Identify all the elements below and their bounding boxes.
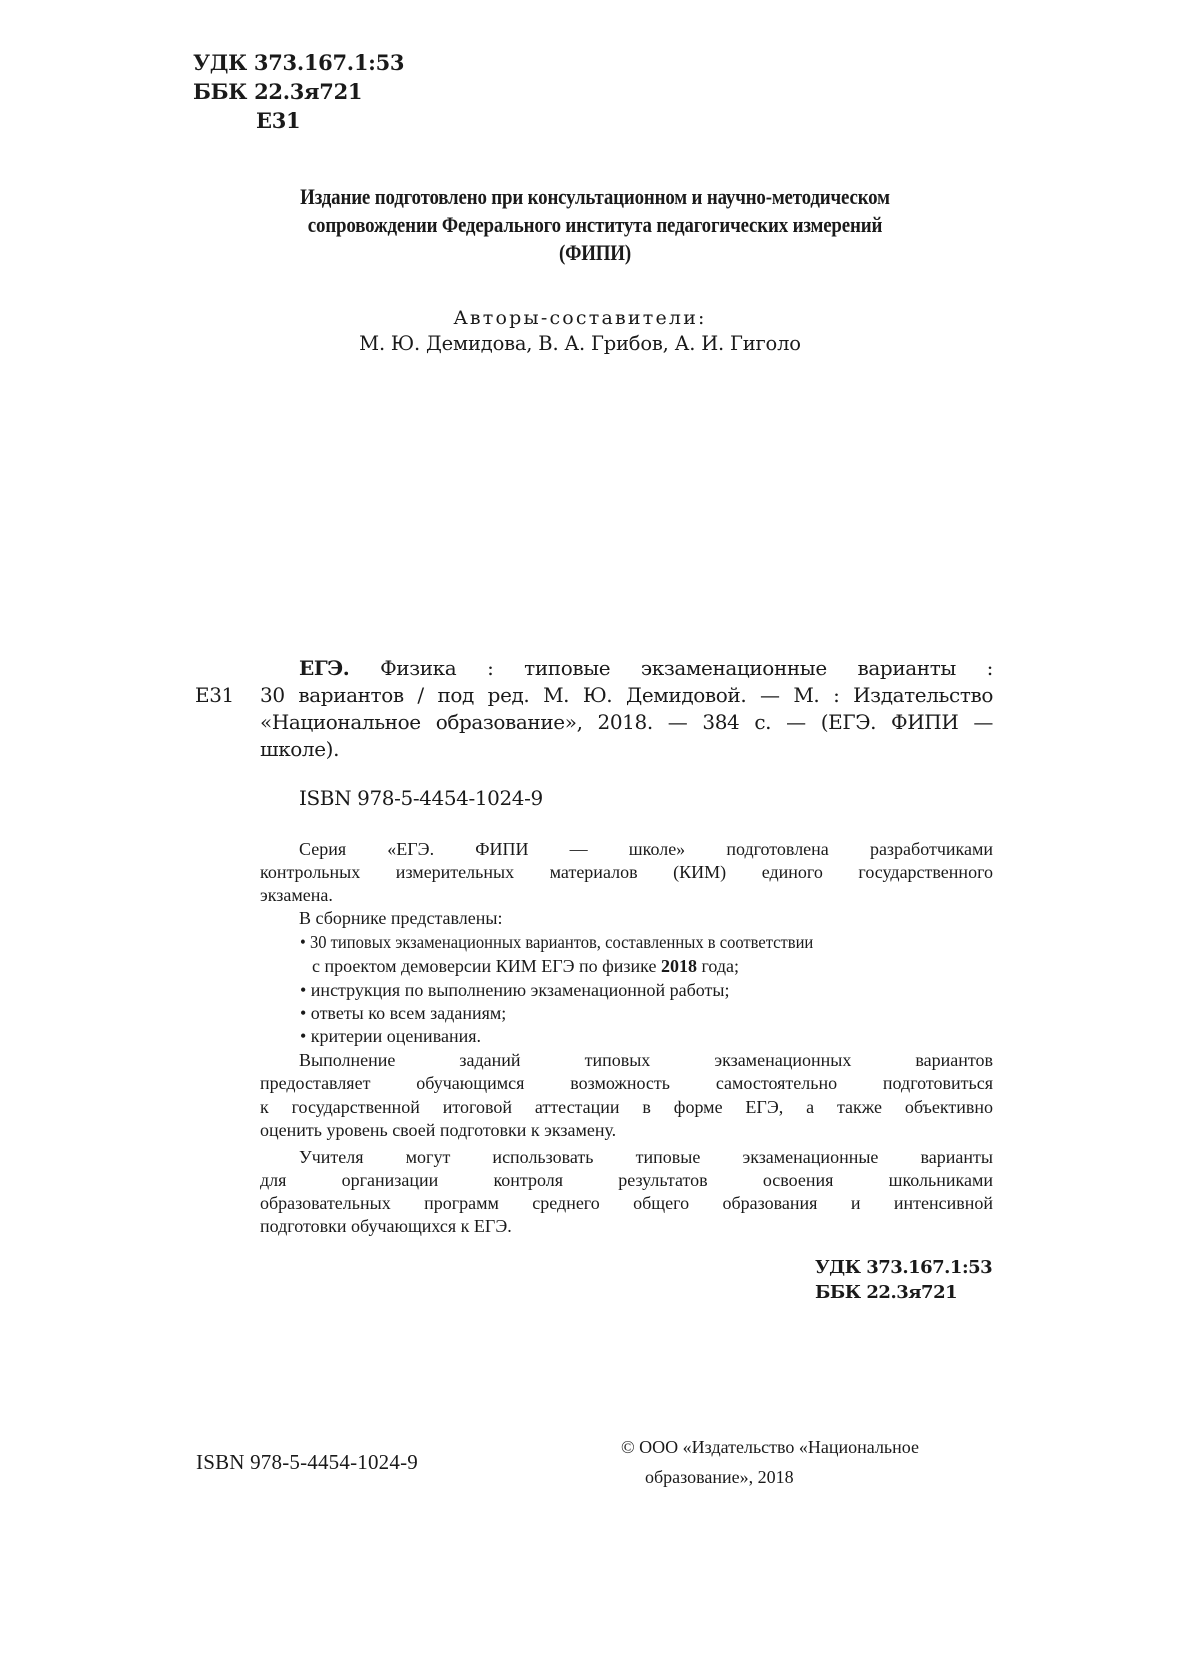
card-line: 30 вариантов / под ред. М. Ю. Демидовой.…	[260, 682, 993, 709]
card-title-rest: Физика : типовые экзаменационные вариант…	[349, 656, 993, 680]
copyright-line: © ООО «Издательство «Национальное	[621, 1432, 919, 1462]
card-title-bold: ЕГЭ.	[299, 656, 349, 680]
notice-line: сопровождении Федерального института пед…	[247, 211, 944, 239]
annotation-line: для организации контроля результатов осв…	[260, 1169, 993, 1192]
annotation-line: оценить уровень своей подготовки к экзам…	[260, 1119, 993, 1142]
annotation-line: образовательных программ среднего общего…	[260, 1192, 993, 1215]
bbk-code: ББК 22.3я721	[193, 77, 362, 106]
annotation-line: экзамена.	[260, 884, 993, 907]
bbk-code-bottom: ББК 22.3я721	[815, 1280, 957, 1305]
annotation-line: В сборнике представлены:	[299, 907, 993, 930]
annotation-line: предоставляет обучающимся возможность са…	[260, 1072, 993, 1095]
footer-isbn: ISBN 978-5-4454-1024-9	[196, 1450, 418, 1475]
publication-notice: Издание подготовлено при консультационно…	[247, 183, 944, 267]
annotation-line: подготовки обучающихся к ЕГЭ.	[260, 1215, 993, 1238]
annotation-line: Серия «ЕГЭ. ФИПИ — школе» подготовлена р…	[299, 838, 993, 861]
bullet-item: • ответы ко всем заданиям;	[300, 1002, 993, 1025]
annotation-line: контрольных измерительных материалов (КИ…	[260, 861, 993, 884]
annotation-line: Учителя могут использовать типовые экзам…	[299, 1146, 993, 1169]
authors-label: Авторы-составители:	[330, 305, 830, 331]
copyright-line: образование», 2018	[645, 1462, 794, 1492]
bullet-item: • критерии оценивания.	[300, 1025, 993, 1048]
udk-code: УДК 373.167.1:53	[193, 48, 404, 77]
notice-line: Издание подготовлено при консультационно…	[247, 183, 944, 211]
card-line: ЕГЭ. Физика : типовые экзаменационные ва…	[260, 655, 993, 682]
card-author-mark: Е31	[195, 682, 234, 709]
authors-names: М. Ю. Демидова, В. А. Грибов, А. И. Гиго…	[330, 331, 830, 357]
bullet-item: • инструкция по выполнению экзаменационн…	[300, 979, 993, 1002]
card-isbn: ISBN 978-5-4454-1024-9	[299, 785, 543, 812]
notice-line: (ФИПИ)	[247, 239, 944, 267]
annotation-line: к государственной итоговой аттестации в …	[260, 1096, 993, 1119]
bullet-item: • 30 типовых экзаменационных вариантов, …	[300, 931, 993, 954]
card-line: «Национальное образование», 2018. — 384 …	[260, 709, 993, 736]
annotation-line: Выполнение заданий типовых экзаменационн…	[299, 1049, 993, 1072]
card-line: школе).	[260, 736, 993, 763]
udk-code-bottom: УДК 373.167.1:53	[815, 1255, 992, 1280]
author-mark: Е31	[256, 106, 300, 135]
bullet-item-continuation: с проектом демоверсии КИМ ЕГЭ по физике …	[312, 955, 993, 978]
